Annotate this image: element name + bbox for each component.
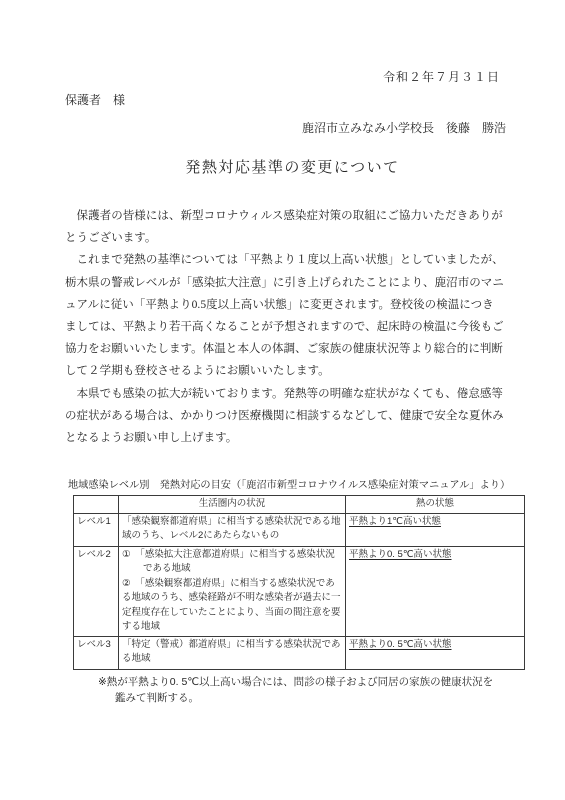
body-paragraph: これまで発熱の基準については「平熱より１度以上高い状態」としていましたが、 栃木… [65, 249, 520, 382]
body-line: これまで発熱の基準については「平熱より１度以上高い状態」としていましたが、 [65, 249, 520, 271]
level-label: レベル2 [74, 546, 119, 636]
body-line: 保護者の皆様には、新型コロナウィルス感染症対策の取組にご協力いただきありが [65, 205, 520, 227]
level-label: レベル1 [74, 513, 119, 546]
fever-state-cell: 平熱より1℃高い状態 [346, 513, 525, 546]
document-page: 令和２年７月３１日 保護者 様 鹿沼市立みなみ小学校長 後藤 勝浩 発熱対応基準… [0, 0, 565, 800]
table-footnote: ※熱が平熱より0. 5℃以上高い場合には、問診の様子および同居の家族の健康状況を… [98, 674, 520, 706]
body-text: 保護者の皆様には、新型コロナウィルス感染症対策の取組にご協力いただきありが とう… [65, 205, 520, 449]
header-cell-level [74, 496, 119, 514]
body-line: の症状がある場合は、かかりつけ医療機関に相談するなどして、健康で安全な夏休み [65, 405, 520, 427]
table-title: 地域感染レベル別 発熱対応の目安（「鹿沼市新型コロナウイルス感染症対策マニュアル… [68, 479, 520, 493]
fever-state-cell: 平熱より0. 5℃高い状態 [346, 636, 525, 669]
body-line: 本県でも感染の拡大が続いております。発熱等の明確な症状がなくても、倦怠感等 [65, 383, 520, 405]
body-line: ましては、平熱より若干高くなることが予想されますので、起床時の検温に今後もご [65, 316, 520, 338]
situation-item: ② 「感染観察都道府県」に相当する感染状況である地域のうち、感染経路が不明な感染… [122, 577, 342, 635]
footnote-line: ※熱が平熱より0. 5℃以上高い場合には、問診の様子および同居の家族の健康状況を [98, 674, 520, 690]
recipient-line: 保護者 様 [65, 93, 520, 108]
table-row: レベル1 「感染観察都道府県」に相当する感染状況である地域のうち、レベル2にあた… [74, 513, 525, 546]
level-table-section: 地域感染レベル別 発熱対応の目安（「鹿沼市新型コロナウイルス感染症対策マニュアル… [65, 479, 520, 706]
infection-level-table: 生活圏内の状況 熱の状態 レベル1 「感染観察都道府県」に相当する感染状況である… [73, 495, 525, 670]
body-line: となるようお願い申し上げます。 [65, 427, 520, 449]
footnote-line: 鑑みて判断する。 [115, 690, 520, 706]
body-line: して２学期も登校させるようにお願いいたします。 [65, 360, 520, 382]
header-cell-situation: 生活圏内の状況 [119, 496, 346, 514]
sender-line: 鹿沼市立みなみ小学校長 後藤 勝浩 [65, 121, 506, 136]
situation-cell: 「感染観察都道府県」に相当する感染状況である地域のうち、レベル2にあたらないもの [119, 513, 346, 546]
table-row: レベル2 ① 「感染拡大注意都道府県」に相当する感染状況である地域 ② 「感染観… [74, 546, 525, 636]
level-label: レベル3 [74, 636, 119, 669]
fever-state-text: 平熱より1℃高い状態 [349, 516, 441, 527]
table-row: レベル3 「特定（警戒）都道府県」に相当する感染状況である地域 平熱より0. 5… [74, 636, 525, 669]
body-paragraph: 本県でも感染の拡大が続いております。発熱等の明確な症状がなくても、倦怠感等 の症… [65, 383, 520, 450]
date-line: 令和２年７月３１日 [65, 70, 500, 85]
document-title: 発熱対応基準の変更について [65, 158, 520, 179]
body-line: 協力をお願いいたします。体温と本人の体調、ご家族の健康状況等より総合的に判断 [65, 338, 520, 360]
table-header-row: 生活圏内の状況 熱の状態 [74, 496, 525, 514]
situation-item: ① 「感染拡大注意都道府県」に相当する感染状況である地域 [122, 548, 342, 577]
body-line: ュアルに従い「平熱より0.5度以上高い状態」に変更されます。登校後の検温につき [65, 294, 520, 316]
header-cell-state: 熱の状態 [346, 496, 525, 514]
body-line: 栃木県の警戒レベルが「感染拡大注意」に引き上げられたことにより、鹿沼市のマニ [65, 272, 520, 294]
situation-cell: 「特定（警戒）都道府県」に相当する感染状況である地域 [119, 636, 346, 669]
fever-state-text: 平熱より0. 5℃高い状態 [349, 549, 452, 560]
fever-state-cell: 平熱より0. 5℃高い状態 [346, 546, 525, 636]
body-paragraph: 保護者の皆様には、新型コロナウィルス感染症対策の取組にご協力いただきありが とう… [65, 205, 520, 249]
body-line: とうございます。 [65, 227, 520, 249]
fever-state-text: 平熱より0. 5℃高い状態 [349, 639, 452, 650]
situation-cell: ① 「感染拡大注意都道府県」に相当する感染状況である地域 ② 「感染観察都道府県… [119, 546, 346, 636]
